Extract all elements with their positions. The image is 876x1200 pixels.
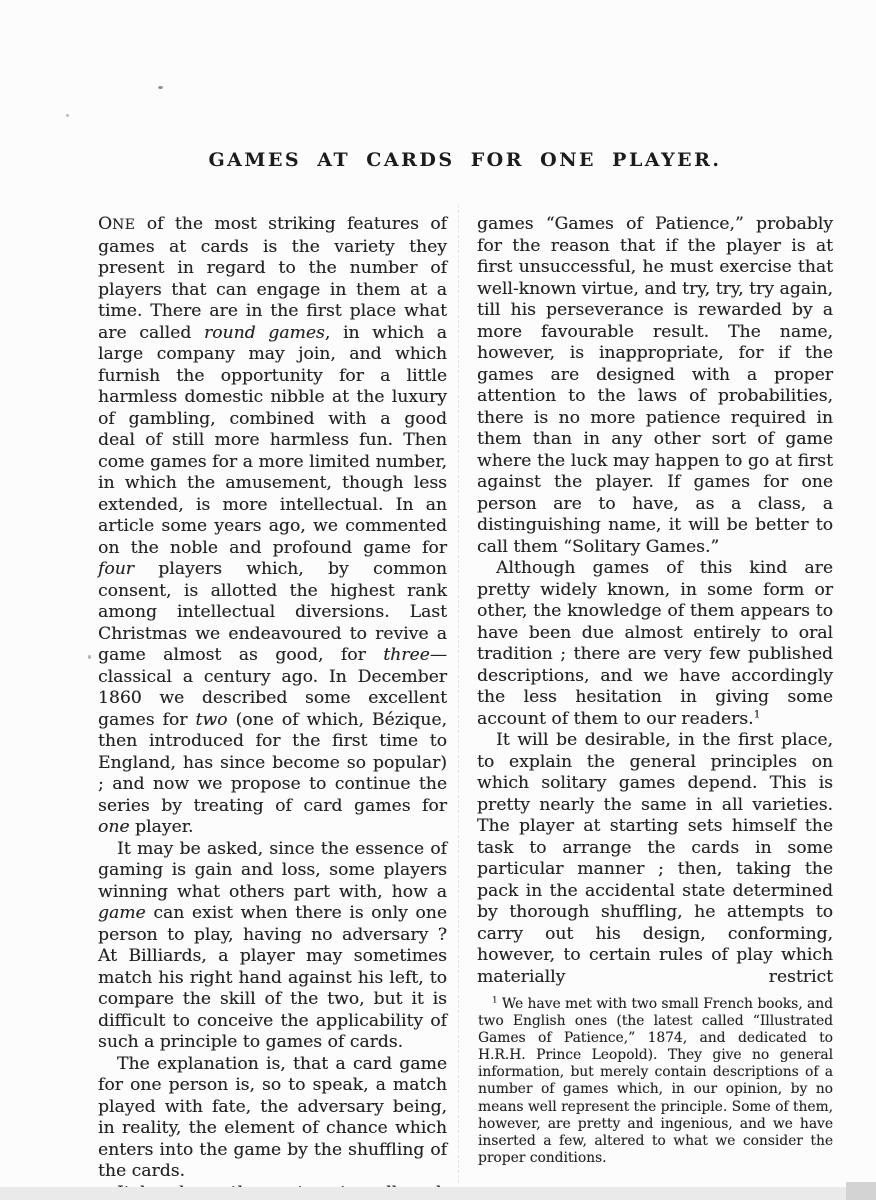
- left-column: ONE of the most striking features of gam…: [98, 214, 447, 1200]
- scan-speck: [158, 86, 163, 89]
- paragraph: ONE of the most striking features of gam…: [98, 214, 447, 839]
- right-column: games “Games of Patience,” probably for …: [477, 214, 833, 988]
- paragraph: It may be asked, since the essence of ga…: [98, 839, 447, 1054]
- paragraph: The explanation is, that a card game for…: [98, 1054, 447, 1183]
- column-divider-artifact: [458, 205, 459, 1183]
- scan-edge-shadow: [0, 1187, 876, 1200]
- paragraph: It will be desirable, in the first place…: [477, 730, 833, 988]
- paragraph: games “Games of Patience,” probably for …: [477, 214, 833, 558]
- scan-corner-shadow: [846, 1182, 876, 1200]
- scan-speck: [66, 114, 69, 117]
- scan-speck: [88, 655, 91, 659]
- paragraph: Although games of this kind are pretty w…: [477, 558, 833, 730]
- article-title: GAMES AT CARDS FOR ONE PLAYER.: [98, 149, 832, 171]
- footnote: 1 We have met with two small French book…: [478, 996, 833, 1167]
- scanned-book-page: GAMES AT CARDS FOR ONE PLAYER. ONE of th…: [0, 0, 876, 1200]
